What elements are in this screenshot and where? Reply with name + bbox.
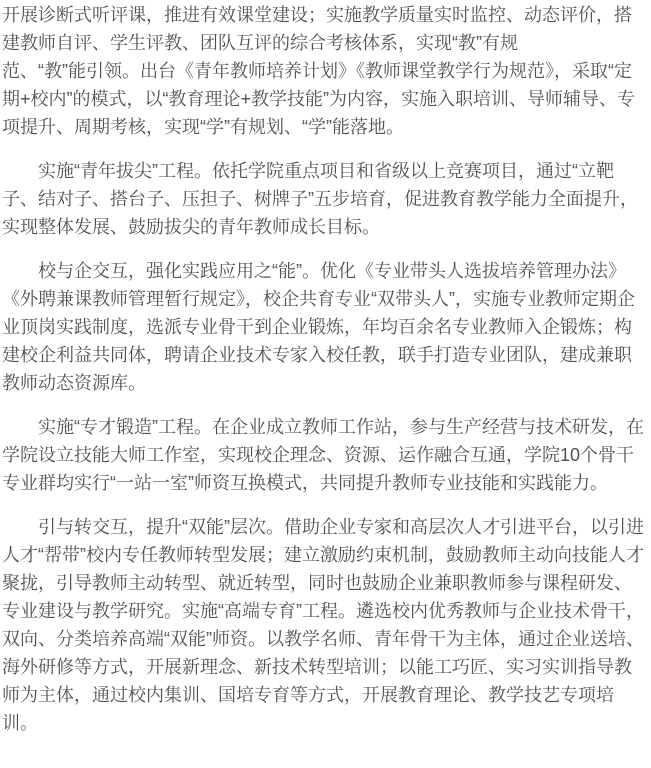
article-body: 开展诊断式听评课，推进有效课堂建设；实施教学质量实时监控、动态评价，搭建教师自评…	[0, 0, 651, 737]
paragraph-youth-talent-program: 实施“青年拔尖”工程。依托学院重点项目和省级以上竞赛项目，通过“立靶子、结对子、…	[2, 157, 648, 241]
paragraph-specialist-forging-program: 实施“专才锻造”工程。在企业成立教师工作站，参与生产经营与技术研发，在学院设立技…	[2, 413, 648, 497]
paragraph-school-enterprise-interaction: 校与企交互，强化实践应用之“能”。优化《专业带头人选拔培养管理办法》《外聘兼课教…	[2, 257, 648, 397]
paragraph-introduction-transformation: 引与转交互，提升“双能”层次。借助企业专家和高层次人才引进平台，以引进人才“帮带…	[2, 513, 648, 737]
paragraph-teaching-evaluation: 开展诊断式听评课，推进有效课堂建设；实施教学质量实时监控、动态评价，搭建教师自评…	[2, 1, 648, 141]
